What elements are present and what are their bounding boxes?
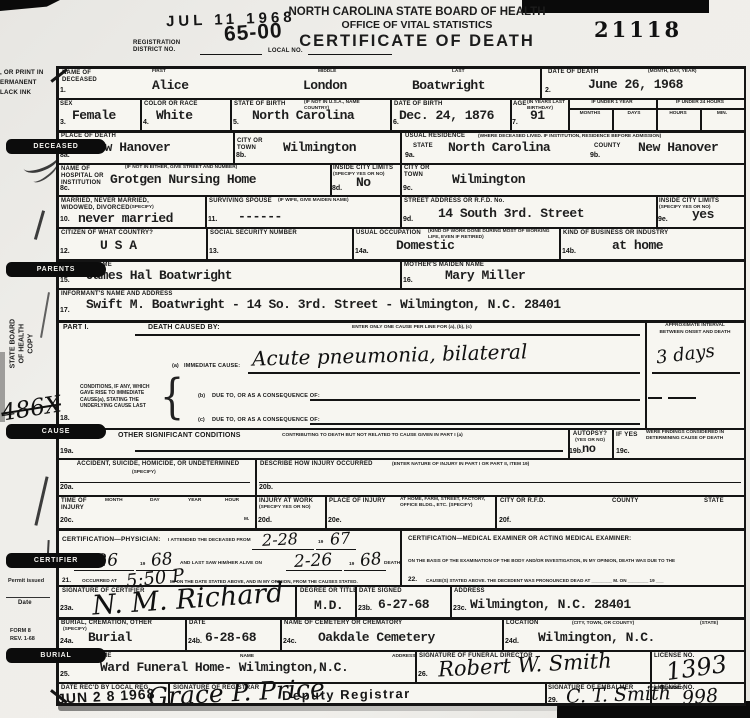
inside-city-limits2-value: yes — [692, 208, 714, 221]
field-22-number: 22. — [408, 577, 417, 584]
cemetery-label: NAME OF CEMETERY OR CREMATORY — [284, 620, 402, 627]
field-24a-number: 24a. — [60, 638, 74, 645]
degree-or-title-label: DEGREE OR TITLE — [300, 588, 357, 595]
form-rule-line — [136, 570, 176, 571]
field-16-number: 16. — [403, 277, 413, 284]
tab-parents: PARENTS — [6, 262, 106, 277]
due-to-label-b: DUE TO, OR AS A CONSEQUENCE OF: — [212, 393, 320, 400]
due-to-label-c: DUE TO, OR AS A CONSEQUENCE OF: — [212, 417, 320, 424]
father-name-value: James Hal Boatwright — [86, 269, 232, 282]
middle-name-value: London — [303, 79, 347, 92]
field-19a-number: 19a. — [60, 448, 74, 455]
last-name-value: Boatwright — [412, 79, 485, 92]
field-19b-number: 19b. — [569, 448, 583, 455]
other-conditions-sublabel: CONTRIBUTING TO DEATH BUT NOT RELATED TO… — [282, 433, 463, 439]
field-8b-number: 8b. — [236, 152, 246, 159]
hours-label: HOURS — [656, 111, 700, 117]
field-23c-number: 23c. — [453, 605, 467, 612]
surviving-spouse-label: SURVIVING SPOUSE — [209, 198, 272, 205]
occupation-value: Domestic — [396, 239, 454, 252]
form-rule-line — [56, 288, 746, 290]
interval-header-line2: BETWEEN ONSET AND DEATH — [648, 330, 742, 336]
form-rule-line — [60, 482, 250, 483]
citizen-label: CITIZEN OF WHAT COUNTRY? — [61, 230, 153, 237]
field-9a-number: 9a. — [405, 152, 415, 159]
margin-date-label: Date — [18, 600, 32, 607]
from-year-hw: 67 — [329, 528, 351, 548]
city-rfd-label: CITY OR R.F.D. — [500, 498, 545, 505]
sex-value: Female — [72, 109, 116, 122]
form-rule-line — [252, 549, 314, 550]
death-certificate-document: JUL 11 1968 REGISTRATION DISTRICT NO. 65… — [0, 0, 750, 718]
residence-city-label: CITY OR TOWN — [404, 165, 436, 179]
form-number: FORM 8 REV. 1-68 — [10, 627, 35, 643]
date-of-birth-value: Dec. 24, 1876 — [399, 109, 494, 122]
burial-date-label: DATE — [189, 620, 206, 627]
form-rule-line — [316, 549, 356, 550]
form-rule-line — [355, 585, 357, 617]
medical-examiner-line1: ON THE BASIS OF THE EXAMINATION OF THE B… — [408, 558, 742, 564]
form-rule-line — [502, 617, 504, 650]
attended-from-label: I ATTENDED THE DECEASED FROM — [168, 538, 251, 544]
place-of-injury-label: PLACE OF INJURY — [329, 498, 386, 505]
other-conditions-label: OTHER SIGNIFICANT CONDITIONS — [118, 432, 241, 440]
attended-from-date-hw: 2-28 — [262, 529, 299, 550]
print-note: , OR PRINT IN ERMANENT LACK INK — [0, 68, 48, 98]
death-city-value: Wilmington — [283, 141, 356, 154]
place-of-injury-sublabel: AT HOME, FARM, STREET, FACTORY, OFFICE B… — [400, 497, 492, 509]
date-of-death-sublabel: (MONTH, DAY, YEAR) — [648, 69, 697, 75]
field-17-number: 17. — [60, 307, 70, 314]
form-rule-line — [248, 372, 640, 374]
field-2-number: 2. — [545, 87, 551, 94]
form-rule-line — [656, 195, 658, 227]
field-4-number: 4. — [143, 119, 149, 126]
date-signed-value: 6-27-68 — [378, 598, 429, 611]
field-20e-number: 20e. — [328, 517, 342, 524]
form-rule-line — [168, 682, 170, 703]
tab-burial: BURIAL — [6, 648, 106, 663]
form-rule-line — [648, 397, 662, 399]
name-of-deceased-label: NAME OF DECEASED — [62, 70, 104, 84]
form-rule-line — [510, 98, 512, 130]
field-20d-number: 20d. — [258, 517, 272, 524]
medical-examiner-line2: CAUSE(S) STATED ABOVE. THE DECEDENT WAS … — [426, 578, 744, 584]
field-10-number: 10. — [60, 216, 70, 223]
field-24c-number: 24c. — [283, 638, 297, 645]
informant-value: Swift M. Boatwright - 14 So. 3rd. Street… — [86, 298, 561, 311]
form-rule-line — [668, 397, 696, 399]
mother-name-value: Mary Miller — [445, 269, 525, 282]
residence-county-label: COUNTY — [594, 143, 621, 150]
scan-mark-top-left — [0, 0, 60, 11]
form-rule-line — [135, 450, 563, 452]
min-label: MIN. — [700, 111, 744, 117]
print-note-line2: ERMANENT — [0, 79, 37, 86]
field-8d-number: 8d. — [332, 185, 342, 192]
form-rule-line — [568, 98, 570, 130]
part1-label: PART I. — [63, 324, 89, 332]
funeral-address-sublabel: ADDRESS — [392, 654, 415, 660]
print-note-line3: LACK INK — [0, 89, 31, 96]
pen-mark — [34, 476, 48, 525]
form-rule-line — [352, 227, 354, 259]
enter-one-cause-note: ENTER ONLY ONE CAUSE PER LINE FOR (a), (… — [352, 325, 472, 331]
form-rule-line — [56, 495, 746, 497]
field-11-number: 11. — [208, 216, 217, 223]
form-rule-line — [140, 98, 142, 130]
field-6-number: 6. — [393, 119, 399, 126]
day-label: DAY — [150, 498, 160, 504]
district-no-underline — [200, 54, 262, 55]
describe-injury-label: DESCRIBE HOW INJURY OCCURRED — [260, 461, 373, 468]
burial-specify-sublabel: (SPECIFY) — [63, 627, 87, 633]
form-rule-line — [645, 320, 647, 428]
m-label: M. — [244, 517, 249, 523]
form-rule-line — [56, 227, 746, 229]
inside-city-limits-value: No — [356, 176, 371, 189]
tab-cause: CAUSE — [6, 424, 106, 439]
from-year-19: 19 — [318, 540, 323, 546]
form-rule-line — [280, 617, 282, 650]
autopsy-value: no — [582, 443, 595, 455]
form-rule-line — [310, 423, 640, 425]
form-rule-line — [74, 570, 134, 571]
pen-mark — [40, 292, 50, 338]
form-rule-line — [255, 458, 257, 495]
hospital-value: Grotgen Nursing Home — [110, 173, 256, 186]
form-rule-line — [559, 227, 561, 259]
form-rule-line — [390, 98, 392, 130]
copy-line3: COPY — [28, 334, 35, 354]
field-5-number: 5. — [233, 119, 239, 126]
field-20c-number: 20c. — [60, 517, 74, 524]
form-rule-line — [652, 372, 740, 374]
state-of-birth-value: North Carolina — [252, 109, 354, 122]
form-rule-line — [56, 682, 746, 684]
line-c-label: (c) — [198, 417, 205, 424]
line-b-label: (b) — [198, 393, 205, 400]
degree-value: M.D. — [314, 599, 343, 612]
form-rule-line — [612, 108, 614, 130]
field-1-number: 1. — [60, 87, 66, 94]
field-21-number: 21. — [62, 578, 71, 585]
form-rule-line — [744, 66, 747, 705]
street-address-label: STREET ADDRESS OR R.F.D. No. — [404, 198, 504, 205]
form-rule-line — [56, 428, 746, 430]
field-20f-number: 20f. — [499, 517, 511, 524]
copy-line1: STATE BOARD — [9, 319, 16, 369]
registration-label-line1: REGISTRATION — [133, 40, 180, 46]
field-24b-number: 24b. — [188, 638, 202, 645]
field-24d-number: 24d. — [505, 638, 519, 645]
if-under-24-hours-label: IF UNDER 24 HOURS — [656, 100, 744, 106]
certification-physician-label: CERTIFICATION—PHYSICIAN: — [62, 536, 161, 544]
form-rule-line — [400, 528, 402, 585]
form-rule-line — [56, 66, 746, 69]
field-9b-number: 9b. — [590, 152, 600, 159]
death-word-label: DEATH — [384, 561, 400, 567]
field-8c-number: 8c. — [60, 185, 70, 192]
accident-specify-sublabel: (SPECIFY) — [132, 470, 156, 476]
marital-status-value: never married — [78, 212, 173, 225]
funeral-home-value: Ward Funeral Home- Wilmington,N.C. — [100, 661, 348, 674]
injury-state-label: STATE — [704, 498, 724, 505]
local-no-underline — [308, 54, 392, 55]
form-rule-line — [650, 682, 652, 703]
board-title: NORTH CAROLINA STATE BOARD OF HEALTH — [262, 6, 572, 18]
form-rule-line — [286, 570, 342, 571]
injury-county-label: COUNTY — [612, 498, 639, 505]
usual-residence-sublabel: (WHERE DECEASED LIVED. IF INSTITUTION, R… — [478, 134, 742, 140]
form-rule-line — [233, 130, 235, 163]
middle-label: MIDDLE — [318, 69, 336, 75]
describe-injury-sublabel: (ENTER NATURE OF INJURY IN PART I OR PAR… — [392, 462, 529, 468]
field-9d-number: 9d. — [403, 216, 413, 223]
copy-designation: STATE BOARD OF HEALTH COPY — [8, 288, 35, 400]
date-of-death-label: DATE OF DEATH — [548, 69, 598, 76]
form-rule-line — [56, 585, 746, 587]
form-rule-line — [56, 320, 746, 323]
to-year-19: 19 — [140, 562, 145, 568]
form-rule-line — [545, 682, 547, 703]
injury-at-work-sublabel: (SPECIFY YES OR NO) — [259, 505, 311, 511]
form-rule-line — [400, 130, 402, 163]
deputy-registrar-stamp: Deputy Registrar — [282, 686, 411, 703]
alive-date-hw: 2-26 — [294, 550, 333, 572]
age-value: 91 — [530, 109, 545, 122]
margin-date-line — [6, 597, 50, 598]
burial-location-sub2: (STATE) — [700, 621, 718, 627]
immediate-cause-label: IMMEDIATE CAUSE: — [184, 363, 240, 370]
form-rule-line — [56, 458, 746, 460]
form-rule-line — [56, 66, 59, 705]
form-rule-line — [400, 259, 402, 288]
form-rule-line — [255, 495, 257, 528]
field-15-number: 15. — [60, 277, 70, 284]
surviving-spouse-sublabel: (IF WIFE, GIVE MAIDEN NAME) — [278, 198, 349, 204]
conditions-brace: { — [160, 369, 184, 424]
copy-line2: OF HEALTH — [18, 324, 25, 364]
last-label: LAST — [452, 69, 465, 75]
field-12-number: 12. — [60, 248, 70, 255]
registration-district-label: REGISTRATION DISTRICT NO. — [133, 40, 180, 54]
field-7-number: 7. — [512, 119, 518, 126]
certifier-address-label: ADDRESS — [454, 588, 485, 595]
form-rule-line — [310, 399, 640, 401]
form-rule-line — [135, 334, 640, 336]
certification-medical-examiner-label: CERTIFICATION—MEDICAL EXAMINER OR ACTING… — [408, 536, 631, 543]
field-3-number: 3. — [60, 119, 66, 126]
form-rule-line — [540, 66, 542, 98]
form-rule-line — [568, 428, 570, 458]
form-rule-line — [206, 227, 208, 259]
age-label: AGE — [513, 101, 527, 108]
form-rule-line — [450, 585, 452, 617]
form-rule-line — [325, 495, 327, 528]
registration-label-line2: DISTRICT NO. — [133, 47, 175, 53]
field-14a-number: 14a. — [355, 248, 369, 255]
form-rule-line — [56, 98, 746, 100]
if-under-1-year-label: IF UNDER 1 YEAR — [568, 100, 656, 106]
time-of-injury-label: TIME OF INJURY — [61, 498, 97, 512]
form-rule-line — [230, 98, 232, 130]
form-rule-line — [415, 650, 417, 682]
field-20b-number: 20b. — [259, 484, 273, 491]
embalmer-license-value: 998 — [681, 684, 719, 709]
form-rule-line — [56, 703, 746, 706]
field-14b-number: 14b. — [562, 248, 576, 255]
form-rule-line — [344, 570, 386, 571]
burial-type-value: Burial — [88, 631, 132, 644]
hospital-sublabel: (IF NOT IN EITHER, GIVE STREET AND NUMBE… — [125, 165, 237, 171]
certifier-address-value: Wilmington, N.C. 28401 — [470, 598, 631, 611]
citizen-value: U S A — [100, 239, 137, 252]
residence-state-value: North Carolina — [448, 141, 550, 154]
sex-label: SEX — [60, 101, 73, 108]
days-label: DAYS — [612, 111, 656, 117]
surviving-spouse-value: ------ — [238, 210, 282, 223]
form-rule-line — [259, 482, 741, 483]
field-25-number: 25. — [60, 671, 70, 678]
interval-header-line1: APPROXIMATE INTERVAL — [648, 323, 742, 329]
form-rule-line — [612, 428, 614, 458]
form-no-line1: FORM 8 — [10, 628, 31, 634]
field-9e-number: 9e. — [658, 216, 668, 223]
findings-label: WERE FINDINGS CONSIDERED IN DETERMINING … — [646, 430, 742, 442]
form-no-line2: REV. 1-68 — [10, 636, 35, 642]
form-rule-line — [400, 195, 402, 227]
occupation-label: USUAL OCCUPATION — [356, 230, 421, 237]
certificate-number: 21118 — [594, 17, 682, 42]
form-rule-line — [56, 650, 746, 652]
print-note-line1: , OR PRINT IN — [0, 69, 44, 76]
field-26-number: 26. — [418, 671, 428, 678]
date-of-death-value: June 26, 1968 — [588, 78, 683, 91]
cemetery-value: Oakdale Cemetery — [318, 631, 435, 644]
field-23a-number: 23a. — [60, 605, 74, 612]
burial-date-value: 6-28-68 — [205, 631, 256, 644]
form-rule-line — [330, 163, 332, 195]
residence-city-value: Wilmington — [452, 173, 525, 186]
year-label: YEAR — [188, 498, 201, 504]
field-20a-number: 20a. — [60, 484, 74, 491]
field-23b-number: 23b. — [358, 605, 372, 612]
form-rule-line — [400, 163, 402, 195]
race-value: White — [156, 109, 193, 122]
pen-mark — [34, 210, 45, 240]
if-yes-label: IF YES — [616, 431, 638, 439]
alive-year-hw: 68 — [359, 549, 383, 571]
permit-issued-label: Permit issued — [8, 578, 44, 585]
first-name-value: Alice — [152, 79, 189, 92]
field-19c-number: 19c. — [616, 448, 630, 455]
residence-county-value: New Hanover — [638, 141, 718, 154]
city-or-town-label: CITY OR TOWN — [237, 138, 269, 152]
alive-year-19: 19 — [349, 562, 354, 568]
tab-deceased: DECEASED — [6, 139, 106, 154]
field-9c-number: 9c. — [403, 185, 413, 192]
ssn-label: SOCIAL SECURITY NUMBER — [210, 230, 297, 237]
death-caused-by-label: DEATH CAUSED BY: — [148, 324, 220, 332]
business-label: KIND OF BUSINESS OR INDUSTRY — [563, 230, 668, 237]
funeral-name-sublabel: NAME — [240, 654, 254, 660]
business-value: at home — [612, 239, 663, 252]
month-label: MONTH — [105, 498, 123, 504]
page-title: CERTIFICATE OF DEATH — [262, 32, 572, 51]
burial-location-sub1: (CITY, TOWN, OR COUNTY) — [572, 621, 634, 627]
burial-location-label: LOCATION — [506, 620, 539, 627]
first-label: FIRST — [152, 69, 166, 75]
form-rule-line — [205, 195, 207, 227]
tab-certifier: CERTIFIER — [6, 553, 106, 568]
field-18-number: 18. — [60, 415, 70, 422]
residence-state-label: STATE — [413, 143, 433, 150]
form-rule-line — [185, 617, 187, 650]
form-rule-line — [495, 495, 497, 528]
conditions-note: CONDITIONS, IF ANY, WHICH GAVE RISE TO I… — [80, 384, 158, 409]
burial-location-value: Wilmington, N.C. — [538, 631, 655, 644]
field-13-number: 13. — [209, 248, 219, 255]
hour-label: HOUR — [225, 498, 239, 504]
date-signed-label: DATE SIGNED — [359, 588, 402, 595]
office-title: OFFICE OF VITAL STATISTICS — [262, 19, 572, 31]
form-rule-line — [700, 108, 702, 130]
form-rule-line — [295, 585, 297, 617]
form-rule-line — [56, 617, 746, 620]
accident-label: ACCIDENT, SUICIDE, HOMICIDE, OR UNDETERM… — [66, 461, 250, 468]
form-rule-line — [568, 108, 744, 110]
street-address-value: 14 South 3rd. Street — [438, 207, 584, 220]
last-saw-alive-label: AND LAST SAW HIM/HER ALIVE ON — [180, 561, 262, 567]
months-label: MONTHS — [568, 111, 612, 117]
form-rule-line — [650, 650, 652, 682]
form-rule-line — [656, 98, 658, 130]
